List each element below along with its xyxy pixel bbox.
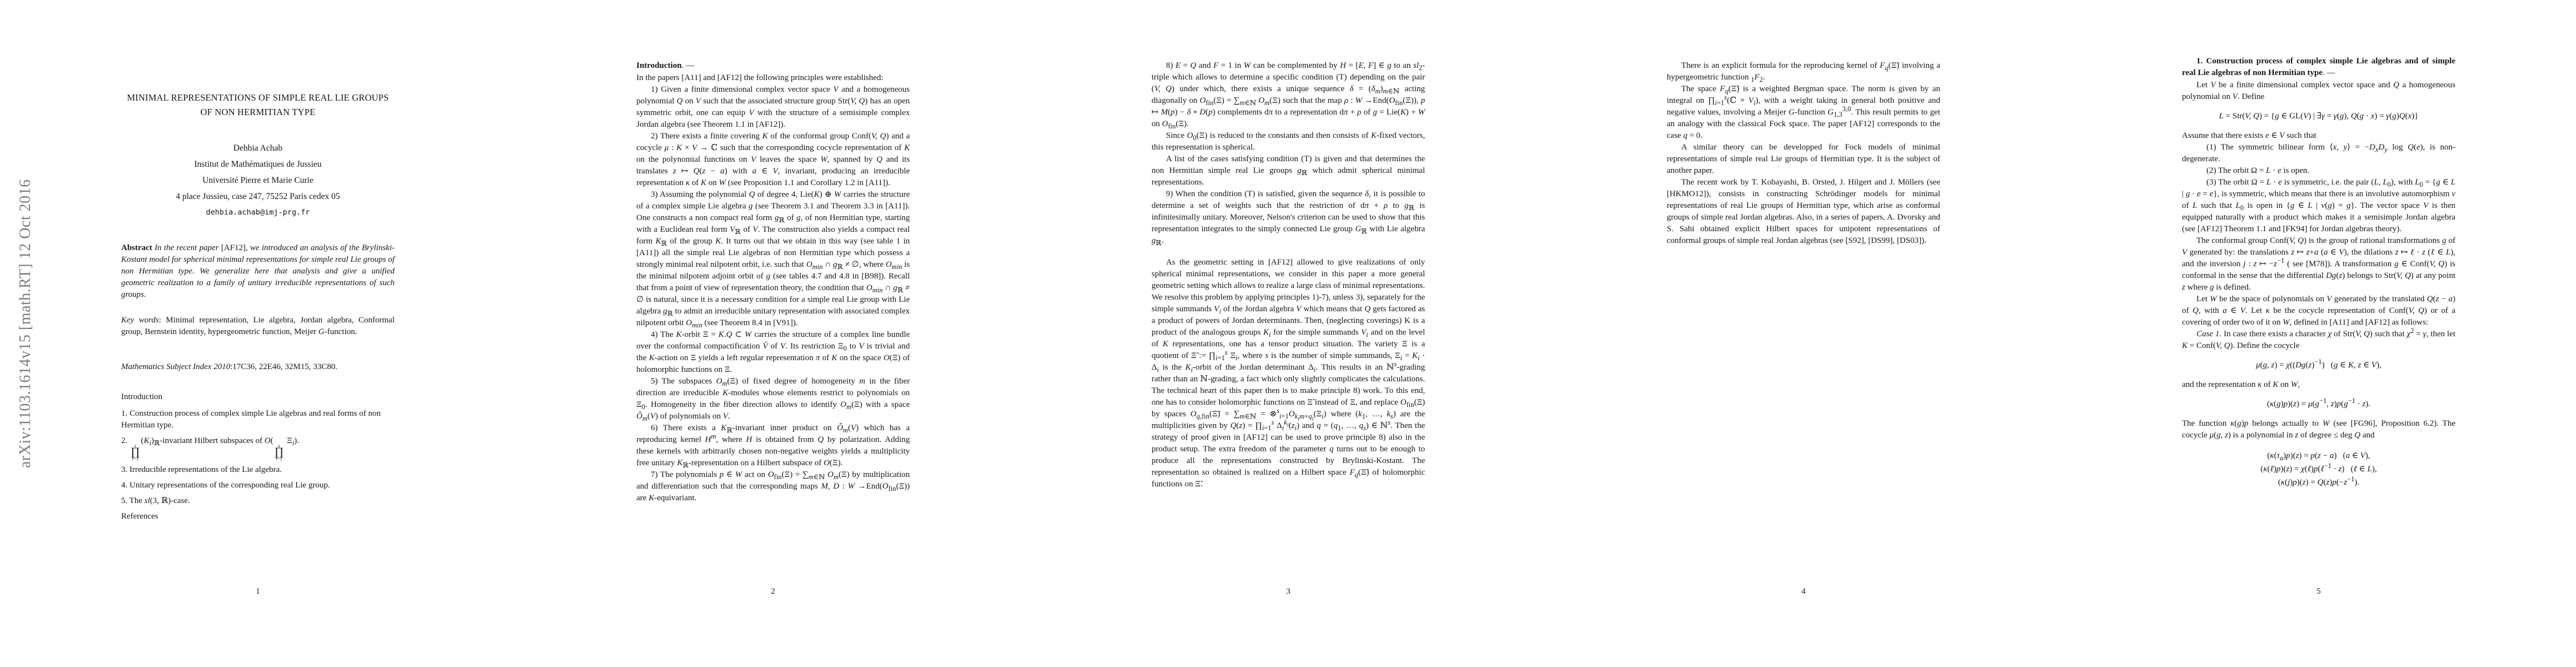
page-number-4: 4 <box>1667 587 1940 596</box>
toc-item: Introduction <box>121 391 395 403</box>
text-block: Let V be a finite dimensional complex ve… <box>2182 79 2455 103</box>
toc-item: References <box>121 511 395 522</box>
page-5-text: 1. Construction process of complex simpl… <box>2182 56 2455 490</box>
page-4-text: There is an explicit formula for the rep… <box>1667 60 1940 247</box>
paper-title: MINIMAL REPRESENTATIONS OF SIMPLE REAL L… <box>121 91 395 120</box>
text-block: Assume that there exists e ∈ V such that <box>2182 130 2455 142</box>
paragraph: There is an explicit formula for the rep… <box>1667 60 1940 83</box>
keywords-block: Key words: Minimal representation, Lie a… <box>121 315 395 338</box>
paper-title-line1: MINIMAL REPRESENTATIONS OF SIMPLE REAL L… <box>121 91 395 105</box>
text-block: Let W be the space of polynomials on V g… <box>2182 293 2455 328</box>
keywords-text: Key words: Minimal representation, Lie a… <box>121 315 395 338</box>
toc-item: 4. Unitary representations of the corres… <box>121 480 395 491</box>
text-block: (2) The orbit Ω = L · e is open. <box>2182 165 2455 177</box>
paragraph: A similar theory can be developped for F… <box>1667 142 1940 177</box>
msc-text: Mathematics Subject Index 2010:17C36, 22… <box>121 361 395 373</box>
page-5: 1. Construction process of complex simpl… <box>2061 0 2576 667</box>
paragraph: A list of the cases satisfying condition… <box>1152 153 1425 188</box>
page-number-1: 1 <box>121 587 395 596</box>
document-canvas: arXiv:1103.1614v15 [math.RT] 12 Oct 2016… <box>0 0 2576 667</box>
author-address: 4 place Jussieu, case 247, 75252 Paris c… <box>121 188 395 205</box>
author-affiliation-institute: Institut de Mathématiques de Jussieu <box>121 156 395 172</box>
text-block: and the representation κ of K on W, <box>2182 379 2455 391</box>
text-block: The function κ(g)p belongs actually to W… <box>2182 418 2455 441</box>
text-block: (κ(g)p)(z) = μ(g−1, z)p(g−1 · z). <box>2182 399 2455 410</box>
text-block: Case 1. In case there exists a character… <box>2182 328 2455 352</box>
paragraph: As the geometric setting in [AF12] allow… <box>1152 257 1425 490</box>
author-block: Dehbia Achab Institut de Mathématiques d… <box>121 140 395 221</box>
author-affiliation-university: Université Pierre et Marie Curie <box>121 172 395 188</box>
page-2: Introduction. —In the papers [A11] and [… <box>515 0 1030 667</box>
text-block: 1. Construction process of complex simpl… <box>2182 56 2455 79</box>
paragraph: 6) There exists a Kℝ-invariant inner pro… <box>636 422 910 469</box>
paper-title-line2: OF NON HERMITIAN TYPE <box>121 105 395 120</box>
page-1: MINIMAL REPRESENTATIONS OF SIMPLE REAL L… <box>0 0 515 667</box>
paragraph: 5) The subspaces Om(Ξ) of fixed degree o… <box>636 376 910 422</box>
paragraph: 2) There exists a finite covering K of t… <box>636 131 910 189</box>
page-2-text: Introduction. —In the papers [A11] and [… <box>636 60 910 504</box>
author-email: dehbia.achab@imj-prg.fr <box>121 205 395 221</box>
paragraph: The recent work by T. Kobayashi, B. Orst… <box>1667 177 1940 247</box>
text-block: (3) The orbit Ω = L · e is symmetric, i.… <box>2182 177 2455 235</box>
paragraph: 7) The polynomials p ∈ W act on Ofin(Ξ) … <box>636 469 910 504</box>
paragraph: Since O0(Ξ) is reduced to the constants … <box>1152 130 1425 153</box>
paragraph: Introduction. — <box>636 60 910 72</box>
toc-item: 1. Construction process of complex simpl… <box>121 408 395 431</box>
text-block: The conformal group Conf(V, Q) is the gr… <box>2182 235 2455 293</box>
page-number-3: 3 <box>1152 587 1425 596</box>
paragraph: 1) Given a finite dimensional complex ve… <box>636 84 910 131</box>
author-name: Dehbia Achab <box>121 140 395 156</box>
text-block: (κ(j)p)(z) = Q(z)p(−z−1). <box>2182 477 2455 489</box>
toc-item: 3. Irreducible representations of the Li… <box>121 464 395 476</box>
text-block: (κ(ℓ)p)(z) = χ(ℓ)p(ℓ−1 · z) (ℓ ∈ L), <box>2182 464 2455 475</box>
paragraph: The space Fq(Ξ̃) is a weighted Bergman s… <box>1667 83 1940 142</box>
toc-item: 2. s∏i=1(Ki)ℝ-invariant Hilbert subspace… <box>121 435 395 461</box>
text-block: L = Str(V, Q) = {g ∈ GL(V) | ∃γ = γ(g), … <box>2182 111 2455 122</box>
page-number-5: 5 <box>2182 587 2455 596</box>
abstract-text: Abstract In the recent paper [AF12], we … <box>121 242 395 301</box>
paragraph: 9) When the condition (T) is satisfied, … <box>1152 188 1425 247</box>
paragraph: 3) Assuming the polynomial Q of degree 4… <box>636 189 910 329</box>
page-3-text: 8) E = Q and F = 1 in W can be complemen… <box>1152 60 1425 490</box>
paragraph: In the papers [A11] and [AF12] the follo… <box>636 72 910 84</box>
paragraph: 4) The K-orbit Ξ = K.Q ⊂ W carries the s… <box>636 329 910 376</box>
page-number-2: 2 <box>636 587 910 596</box>
text-block: μ(g, z) = χ((Dg(z)−1) (g ∈ K, z ∈ V), <box>2182 360 2455 371</box>
toc-item: 5. The sl(3, ℝ)-case. <box>121 495 395 507</box>
paragraph: 8) E = Q and F = 1 in W can be complemen… <box>1152 60 1425 130</box>
text-block: (κ(τa)p)(z) = p(z − a) (a ∈ V), <box>2182 450 2455 462</box>
text-block: (1) The symmetric bilinear form ⟨x, y⟩ =… <box>2182 142 2455 165</box>
page-4: There is an explicit formula for the rep… <box>1546 0 2061 667</box>
table-of-contents: Introduction1. Construction process of c… <box>121 391 395 526</box>
page-3: 8) E = Q and F = 1 in W can be complemen… <box>1030 0 1546 667</box>
msc-block: Mathematics Subject Index 2010:17C36, 22… <box>121 361 395 373</box>
abstract-block: Abstract In the recent paper [AF12], we … <box>121 242 395 301</box>
